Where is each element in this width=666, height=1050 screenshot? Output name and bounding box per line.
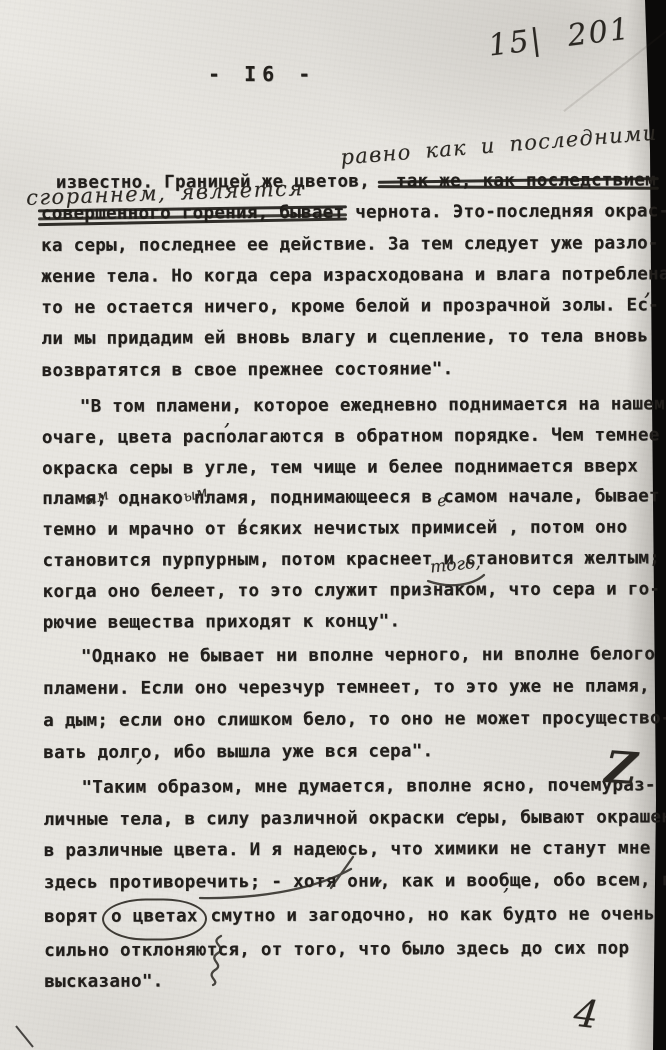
typed-line: ворят о цветах смутно и загодочно, но ка… <box>44 897 666 935</box>
pen-edge-tick <box>16 1026 33 1047</box>
handwritten-bottom-number: 4 <box>571 991 600 1038</box>
typed-line: возвратятся в свое прежнее состояние". <box>42 353 666 387</box>
typed-line: высказано". <box>44 964 666 998</box>
handwritten-comma: , <box>136 739 144 767</box>
typed-segment: темно <box>42 520 96 540</box>
typed-line: жение тела. Но когда сера израсходована … <box>41 259 666 293</box>
handwritten-paragraph-mark: Z <box>603 742 639 795</box>
strikethrough-text: так же, как последствием <box>381 165 656 197</box>
handwritten-comma: , <box>224 406 230 430</box>
typed-line: "В том пламени, которое ежедневно подним… <box>42 389 666 423</box>
typed-line: а дым; если оно слишком бело, то оно не … <box>43 702 666 737</box>
typed-segment: когда оно белеет, то это служит признако… <box>43 580 498 602</box>
typed-line: рючие вещества приходят к концу". <box>43 605 666 639</box>
typed-line: темно и мрачно от всяких нечистых примис… <box>42 512 666 546</box>
typed-line: здесь противоречить; - хотя они, как и в… <box>44 865 666 899</box>
handwritten-comma: , <box>644 276 651 301</box>
handwritten-corner-numbers: 15| 201 <box>486 11 632 63</box>
typed-line: то не остается ничего, кроме белой и про… <box>41 290 666 324</box>
typed-segment: и мрачно <box>96 520 194 540</box>
typed-line: "Однако не бывает ни вполне черного, ни … <box>43 638 666 673</box>
handwritten-comma: , <box>240 499 248 527</box>
typed-segment: "Таким образом, мне думается, вполне ясн… <box>81 776 612 798</box>
typed-segment: ворят <box>44 907 109 927</box>
typed-line: ка серы, последнее ее действие. За тем с… <box>41 228 666 262</box>
typed-segment: смутно и загодочно, но как будто не очен… <box>200 904 655 926</box>
handwritten-comma: , <box>463 795 469 819</box>
typed-line: очаге, цвета располагаются в обратном по… <box>42 420 666 454</box>
handwritten-comma: , <box>503 871 509 895</box>
pen-circled-text: о цветах <box>102 898 207 940</box>
scanned-typescript-page: 15| 201 - I6 - известно. Границей же цве… <box>0 0 666 1050</box>
typed-segment: что сера и го- <box>498 579 661 600</box>
typed-line: пламя; однако пламя, поднимающееся в сам… <box>42 482 666 516</box>
handwritten-insertion-above-line: равно как и последними <box>340 121 659 170</box>
typed-line: пламени. Если оно черезчур темнеет, то э… <box>43 670 666 705</box>
page-number: - I6 - <box>208 62 316 86</box>
typed-line: сильно отклоняются, от того, что было зд… <box>44 933 666 967</box>
typed-line: когда оно белеет, то это служит признако… <box>43 574 666 608</box>
paragraph-2: "В том пламени, которое ежедневно подним… <box>42 389 666 638</box>
typed-line: личные тела, в силу различной окраски се… <box>44 802 666 836</box>
typed-line: "Таким образом, мне думается, вполне ясн… <box>43 770 666 804</box>
typed-segment: от всяких нечистых примисей , потом оно <box>194 518 628 540</box>
typed-line: окраска серы в угле, тем чище и белее по… <box>42 451 666 485</box>
typed-line: ли мы придадим ей вновь влагу и сцеплени… <box>41 322 666 356</box>
paragraph-4: "Таким образом, мне думается, вполне ясн… <box>43 770 666 999</box>
typed-segment: чернота. Это-последняя окрас- <box>344 202 666 223</box>
typed-line: в различные цвета. И я надеюсь, что хими… <box>44 834 666 868</box>
typed-line: становится пурпурным, потом краснеет и с… <box>42 543 666 577</box>
